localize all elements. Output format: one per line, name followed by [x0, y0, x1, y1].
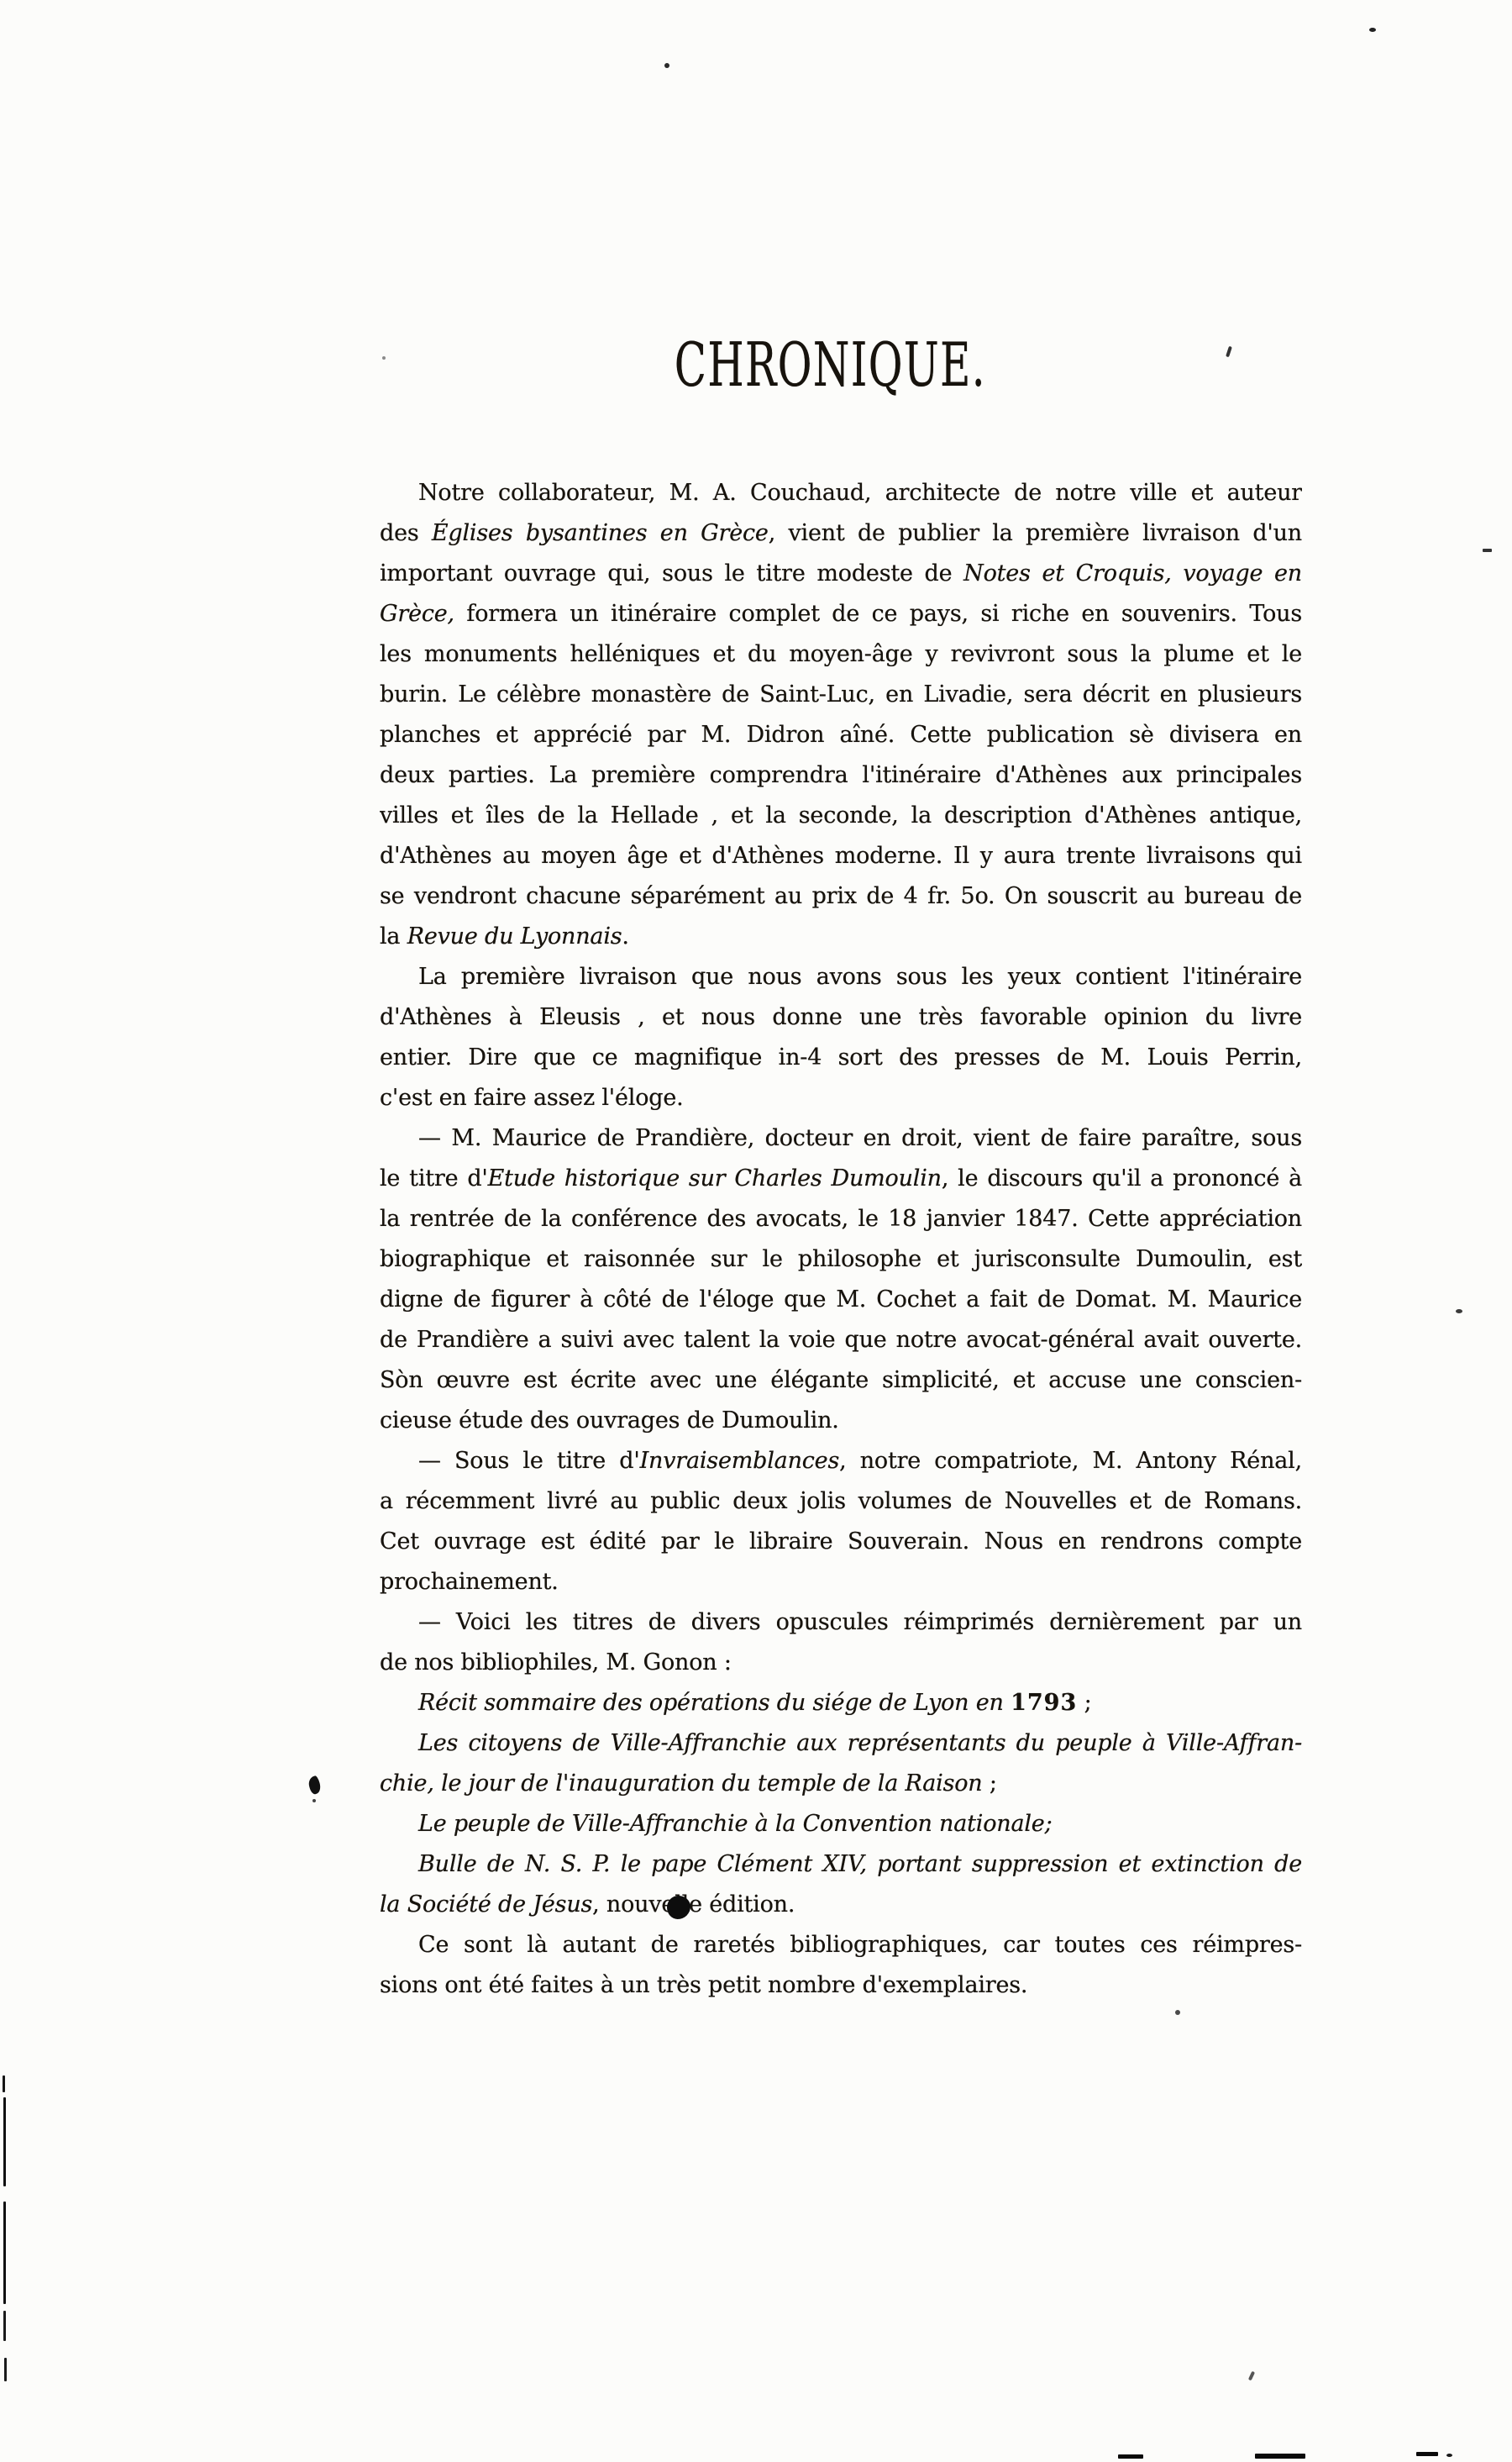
body-text: biographique et raisonnée sur le philoso…: [380, 1246, 1302, 1272]
text-line: biographique et raisonnée sur le philoso…: [380, 1239, 1302, 1280]
italic-text: Les citoyens de Ville-Affranchie aux rep…: [418, 1730, 1302, 1756]
text-line: les monuments helléniques et du moyen-âg…: [380, 634, 1302, 675]
italic-text: Récit sommaire des opérations du siége d…: [418, 1690, 1011, 1716]
text-line: des Églises bysantines en Grèce, vient d…: [380, 513, 1302, 554]
rule-fragment-1: [1118, 2454, 1143, 2459]
body-text: — Sous le titre d': [418, 1448, 640, 1474]
text-line: c'est en faire assez l'éloge.: [380, 1078, 1302, 1118]
text-line: villes et îles de la Hellade , et la sec…: [380, 796, 1302, 836]
rule-fragment-3: [1416, 2452, 1438, 2456]
body-text: Notre collaborateur, M. A. Couchaud, arc…: [418, 480, 1302, 506]
text-line: d'Athènes au moyen âge et d'Athènes mode…: [380, 836, 1302, 876]
italic-text: Etude historique sur Charles Dumoulin: [488, 1165, 942, 1192]
body-text: deux parties. La première comprendra l'i…: [380, 762, 1302, 788]
italic-text: Bulle de N. S. P. le pape Clément XIV, p…: [418, 1851, 1302, 1877]
body-text: important ouvrage qui, sous le titre mod…: [380, 560, 963, 587]
italic-text: la Société de Jésus: [380, 1891, 592, 1918]
text-line: Sòn œuvre est écrite avec une élégante s…: [380, 1360, 1302, 1401]
body-text: formera un itinéraire complet de ce pays…: [454, 601, 1302, 627]
speck-after-exemplaires: [1175, 2010, 1180, 2015]
body-text: ;: [983, 1770, 997, 1797]
text-block: Notre collaborateur, M. A. Couchaud, arc…: [380, 473, 1302, 2006]
text-line: entier. Dire que ce magnifique in-4 sort…: [380, 1038, 1302, 1078]
body-text: Ce sont là autant de raretés bibliograph…: [418, 1932, 1302, 1958]
margin-mark-left: [307, 1775, 322, 1796]
body-text: de nos bibliophiles, M. Gonon :: [380, 1649, 732, 1676]
body-text: la rentrée de la conférence des avocats,…: [380, 1206, 1302, 1232]
bold-numeral: 1793: [1011, 1690, 1077, 1716]
body-text: Sòn œuvre est écrite avec une élégante s…: [380, 1367, 1302, 1393]
body-text: entier. Dire que ce magnifique in-4 sort…: [380, 1044, 1302, 1071]
body-text: , notre compatriote, M. Antony Rénal,: [839, 1448, 1302, 1474]
italic-text: Grèce,: [380, 601, 454, 627]
gutter-line-a: [3, 2075, 5, 2092]
text-line: de nos bibliophiles, M. Gonon :: [380, 1643, 1302, 1683]
body-text: burin. Le célèbre monastère de Saint-Luc…: [380, 681, 1302, 708]
text-line: — M. Maurice de Prandière, docteur en dr…: [380, 1118, 1302, 1159]
text-line: digne de figurer à côté de l'éloge que M…: [380, 1280, 1302, 1320]
text-line: la Revue du Lyonnais.: [380, 917, 1302, 957]
text-line: Les citoyens de Ville-Affranchie aux rep…: [380, 1723, 1302, 1764]
page-title-text: CHRONIQUE.: [675, 337, 986, 392]
page-title: CHRONIQUE.: [380, 337, 1302, 392]
speck-right-margin-2: [1456, 1309, 1462, 1313]
speck-top-right: [1369, 28, 1376, 32]
body-text: , vient de publier la première livraison…: [769, 520, 1302, 546]
text-line: Bulle de N. S. P. le pape Clément XIV, p…: [380, 1844, 1302, 1885]
body-text: — M. Maurice de Prandière, docteur en dr…: [418, 1125, 1302, 1151]
body-text: a récemment livré au public deux jolis v…: [380, 1488, 1302, 1514]
body-text: des: [380, 520, 432, 546]
gutter-line-c: [3, 2202, 6, 2304]
body-text: les monuments helléniques et du moyen-âg…: [380, 641, 1302, 667]
body-text: c'est en faire assez l'éloge.: [380, 1085, 684, 1111]
rule-fragment-2: [1255, 2454, 1305, 2459]
italic-text: Invraisemblances: [640, 1448, 840, 1474]
text-line: Ce sont là autant de raretés bibliograph…: [380, 1925, 1302, 1965]
text-line: la rentrée de la conférence des avocats,…: [380, 1199, 1302, 1239]
text-line: cieuse étude des ouvrages de Dumoulin.: [380, 1401, 1302, 1441]
body-text: — Voici les titres de divers opuscules r…: [418, 1609, 1302, 1635]
text-line: important ouvrage qui, sous le titre mod…: [380, 554, 1302, 594]
italic-text: Notes et Croquis, voyage en: [963, 560, 1302, 587]
speck-top-center: [664, 63, 669, 68]
scanned-document: { "page": { "title": "CHRONIQUE.", "colo…: [0, 0, 1512, 2462]
text-line: le titre d'Etude historique sur Charles …: [380, 1159, 1302, 1199]
tick-bottom-right: [1248, 2371, 1255, 2381]
margin-mark-left-dot: [312, 1799, 316, 1802]
text-line: Le peuple de Ville-Affranchie à la Conve…: [380, 1804, 1302, 1844]
text-line: — Sous le titre d'Invraisemblances, notr…: [380, 1441, 1302, 1481]
text-line: — Voici les titres de divers opuscules r…: [380, 1602, 1302, 1643]
body-text: prochainement.: [380, 1569, 559, 1595]
body-text: le titre d': [380, 1165, 488, 1192]
body-text: villes et îles de la Hellade , et la sec…: [380, 802, 1302, 829]
text-line: d'Athènes à Eleusis , et nous donne une …: [380, 997, 1302, 1038]
text-line: Grèce, formera un itinéraire complet de …: [380, 594, 1302, 634]
body-text: sions ont été faites à un très petit nom…: [380, 1972, 1027, 1998]
italic-text: Le peuple de Ville-Affranchie à la Conve…: [418, 1811, 1052, 1837]
text-line: Récit sommaire des opérations du siége d…: [380, 1683, 1302, 1723]
body-text: , le discours qu'il a prononcé à: [942, 1165, 1302, 1192]
text-line: sions ont été faites à un très petit nom…: [380, 1965, 1302, 2006]
body-text: la: [380, 923, 407, 950]
text-line: burin. Le célèbre monastère de Saint-Luc…: [380, 675, 1302, 715]
italic-text: chie, le jour de l'inauguration du templ…: [380, 1770, 983, 1797]
body-text: planches et apprécié par M. Didron aîné.…: [380, 722, 1302, 748]
text-line: Notre collaborateur, M. A. Couchaud, arc…: [380, 473, 1302, 513]
gutter-line-b: [3, 2097, 6, 2186]
body-text: d'Athènes à Eleusis , et nous donne une …: [380, 1004, 1302, 1030]
text-line: deux parties. La première comprendra l'i…: [380, 755, 1302, 796]
text-line: se vendront chacune séparément au prix d…: [380, 876, 1302, 917]
gutter-line-d: [3, 2311, 6, 2341]
text-line: a récemment livré au public deux jolis v…: [380, 1481, 1302, 1522]
body-text: de Prandière a suivi avec talent la voie…: [380, 1327, 1302, 1353]
text-line: planches et apprécié par M. Didron aîné.…: [380, 715, 1302, 755]
body-text: se vendront chacune séparément au prix d…: [380, 883, 1302, 909]
body-text: cieuse étude des ouvrages de Dumoulin.: [380, 1407, 839, 1434]
body-text: La première livraison que nous avons sou…: [418, 964, 1302, 990]
italic-text: Églises bysantines en Grèce: [432, 520, 769, 546]
text-line: la Société de Jésus, nouvelle édition.: [380, 1885, 1302, 1925]
text-line: chie, le jour de l'inauguration du templ…: [380, 1764, 1302, 1804]
italic-text: Revue du Lyonnais: [407, 923, 622, 950]
speck-left-of-title: [382, 356, 386, 360]
body-text: ;: [1077, 1690, 1091, 1716]
text-line: de Prandière a suivi avec talent la voie…: [380, 1320, 1302, 1360]
gutter-line-e: [4, 2358, 7, 2381]
body-text: Cet ouvrage est édité par le libraire So…: [380, 1528, 1302, 1555]
rule-fragment-dot: [1446, 2454, 1452, 2457]
text-line: La première livraison que nous avons sou…: [380, 957, 1302, 997]
body-text: , nouvelle édition.: [592, 1891, 795, 1918]
text-line: prochainement.: [380, 1562, 1302, 1602]
speck-right-margin-1: [1483, 549, 1492, 552]
body-text: d'Athènes au moyen âge et d'Athènes mode…: [380, 843, 1302, 869]
text-line: Cet ouvrage est édité par le libraire So…: [380, 1522, 1302, 1562]
body-text: .: [622, 923, 628, 950]
body-text: digne de figurer à côté de l'éloge que M…: [380, 1286, 1302, 1313]
document-page: CHRONIQUE. Notre collaborateur, M. A. Co…: [0, 0, 1512, 2462]
